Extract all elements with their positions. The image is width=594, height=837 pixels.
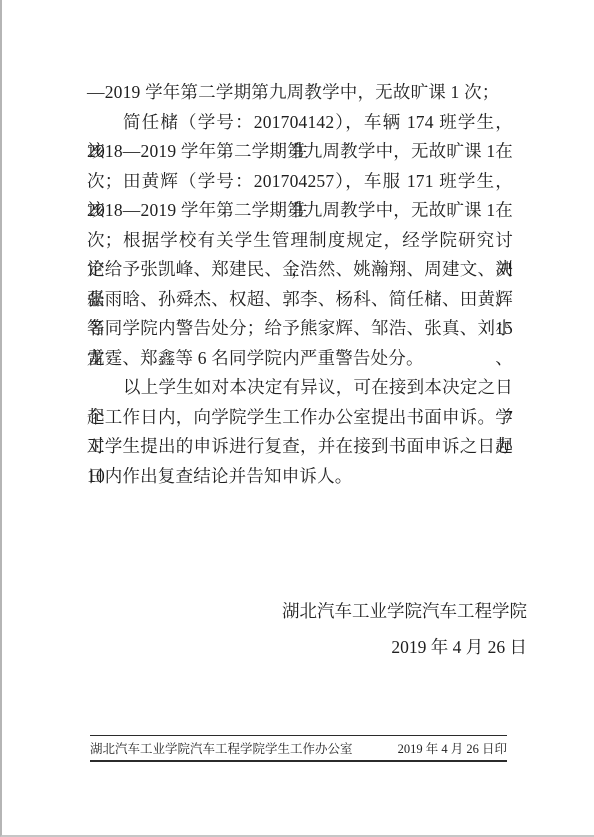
signature-organization: 湖北汽车工业学院汽车工程学院 (87, 597, 527, 627)
page-footer: 湖北汽车工业学院汽车工程学院学生工作办公室 2019 年 4 月 26 日印 (90, 735, 507, 762)
document-line: 2018—2019 学年第二学期第九周教学中，无故旷课 1 次； (87, 137, 513, 167)
footer-print-date: 2019 年 4 月 26 日印 (398, 739, 507, 757)
document-line: 名同学院内警告处分；给予熊家辉、邹浩、张真、刘小龙、 (87, 314, 513, 344)
document-line: 简任槠（学号：201704142），车辆 174 班学生，该生在 (87, 108, 513, 138)
document-line: 以上学生如对本决定有异议，可在接到本决定之日起 7 (87, 373, 513, 403)
signature-block: 湖北汽车工业学院汽车工程学院 2019 年 4 月 26 日 (87, 597, 527, 662)
document-page: —2019 学年第二学期第九周教学中，无故旷课 1 次； 简任槠（学号：2017… (0, 0, 594, 837)
document-body: —2019 学年第二学期第九周教学中，无故旷课 1 次； 简任槠（学号：2017… (87, 78, 513, 491)
document-line: —2019 学年第二学期第九周教学中，无故旷课 1 次； (87, 78, 513, 108)
document-line: 定给予张凯峰、郑建民、金浩然、姚瀚翔、周建文、刘磊、 (87, 255, 513, 285)
document-line: 根据学校有关学生管理制度规定，经学院研究讨论，决 (87, 226, 513, 256)
document-line: 日内作出复查结论并告知申诉人。 (87, 462, 513, 492)
document-line: 张雨晗、孙舜杰、权超、郭李、杨科、简任槠、田黄辉等 15 (87, 285, 513, 315)
footer-office: 湖北汽车工业学院汽车工程学院学生工作办公室 (90, 739, 353, 757)
document-line: 个工作日内，向学院学生工作办公室提出书面申诉。学工办 (87, 403, 513, 433)
document-line: 对学生提出的申诉进行复查，并在接到书面申诉之日起 10 (87, 432, 513, 462)
document-line: 2018—2019 学年第二学期第九周教学中，无故旷课 1 次； (87, 196, 513, 226)
document-line: 田黄辉（学号：201704257），车服 171 班学生，该生在 (87, 167, 513, 197)
signature-date: 2019 年 4 月 26 日 (87, 633, 527, 663)
